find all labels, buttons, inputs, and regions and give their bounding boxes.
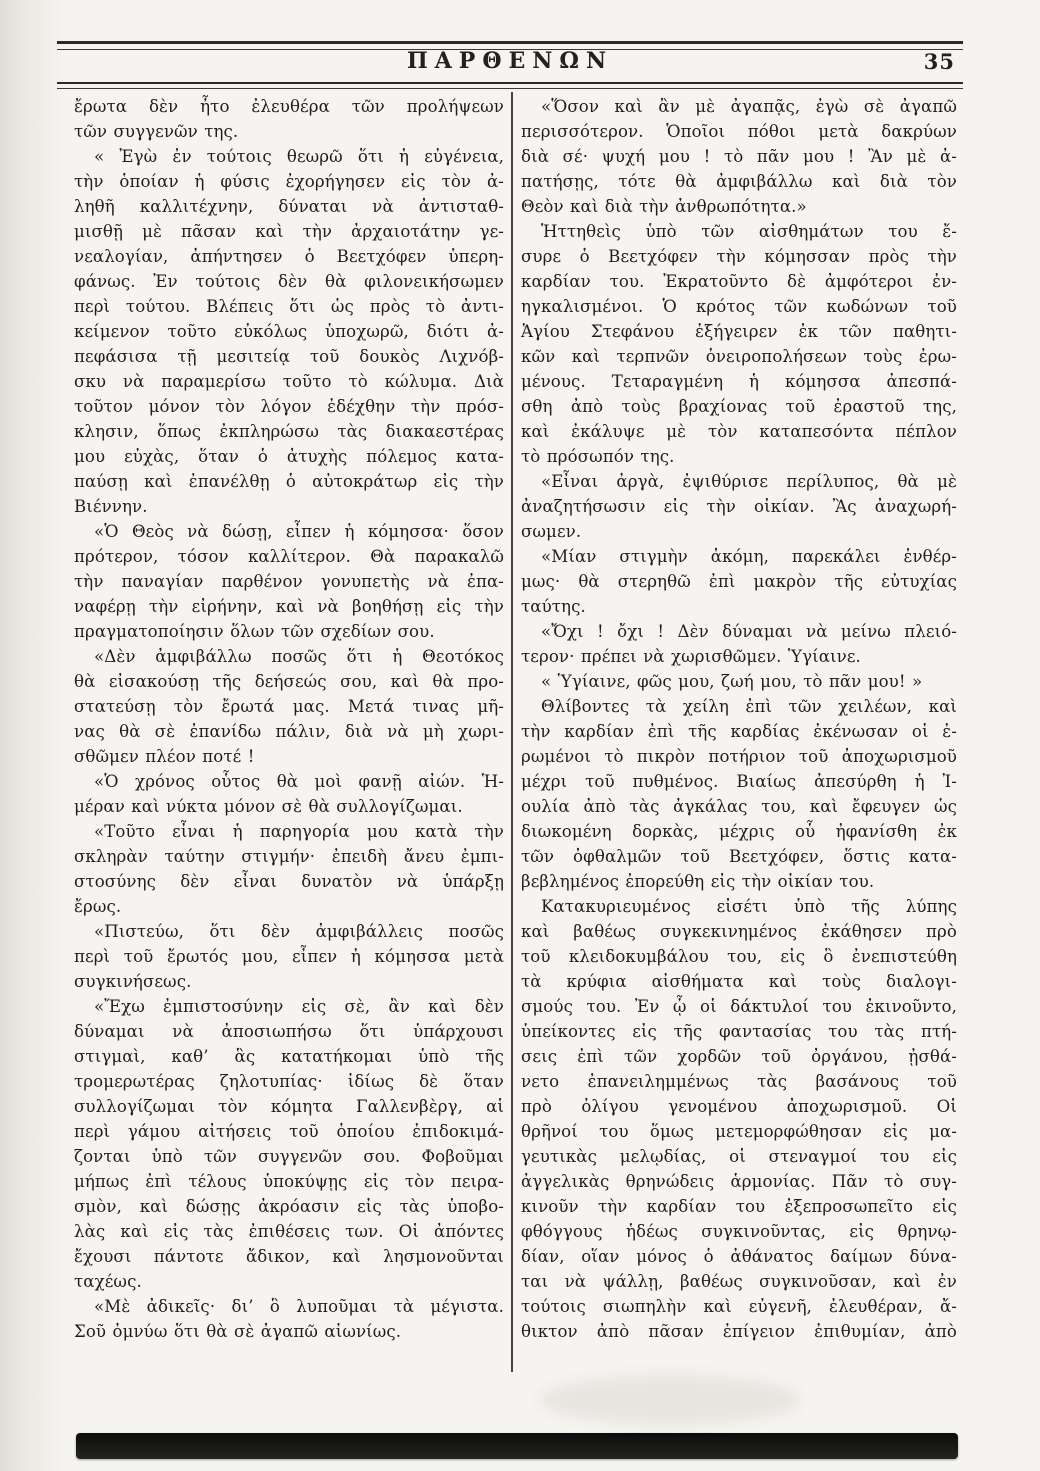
text-line: σεις ἐπὶ τῶν χορδῶν τοῦ ὀργάνου, ᾐσθά-	[521, 1044, 957, 1069]
text-line: θὰ εἰσακούσῃ τῆς δεήσεώς σου, καὶ θὰ προ…	[74, 669, 504, 694]
text-line: περὶ γάμου αἰτήσεις τοῦ ὁποίου ἐπιδοκιμά…	[74, 1119, 504, 1144]
text-line: μέχρι τοῦ πυθμένος. Βιαίως ἀπεσύρθη ἡ Ἰ-	[521, 769, 957, 794]
text-line: ἔρωτα δὲν ἦτο ἐλευθέρα τῶν προλήψεων	[74, 94, 504, 119]
text-line: φάνως. Ἐν τούτοις δὲν θὰ φιλονεικήσωμεν	[74, 269, 504, 294]
text-line: ἔχουσι πάντοτε ἄδικον, καὶ λησμονοῦνται	[74, 1244, 504, 1269]
text-line: βεβλημένος ἐπορεύθη εἰς τὴν οἰκίαν του.	[521, 869, 957, 894]
text-line: σκυ νὰ παραμερίσω τοῦτο τὸ κώλυμα. Διὰ	[74, 369, 504, 394]
text-line: «Μὲ ἀδικεῖς· δι’ ὃ λυποῦμαι τὰ μέγιστα.	[74, 1294, 504, 1319]
text-line: καὶ βαθέως συγκεκινημένος ἐκάθησεν πρὸ	[521, 919, 957, 944]
text-line: κείμενον τοῦτο εὐκόλως ὑποχωρῶ, διότι ἀ-	[74, 319, 504, 344]
text-line: διὰ σέ· ψυχή μου ! τὸ πᾶν μου ! Ἂν μὲ ἀ-	[521, 144, 957, 169]
text-line: γευτικὰς μελῳδίας, οἱ στεναγμοί του εἰς	[521, 1144, 957, 1169]
text-line: πρὸ ὀλίγου γενομένου ἀποχωρισμοῦ. Οἱ	[521, 1094, 957, 1119]
text-line: συγκινήσεως.	[74, 969, 504, 994]
text-line: μήπως ἐπὶ τέλους ὑποκύψῃς εἰς τὸν πειρα-	[74, 1169, 504, 1194]
text-line: μου εὐχὰς, ὅταν ὁ ἀτυχὴς πόλεμος κατα-	[74, 444, 504, 469]
text-line: στατεύσῃ τὸν ἔρωτά μας. Μετά τινας μῆ-	[74, 694, 504, 719]
text-line: περὶ τούτου. Βλέπεις ὅτι ὡς πρὸς τὸ ἀντι…	[74, 294, 504, 319]
text-line: ὑπείκοντες εἰς τῆς φαντασίας του τὰς πτή…	[521, 1019, 957, 1044]
text-line: σωμεν.	[521, 519, 957, 544]
text-line: συλλογίζωμαι τὸν κόμητα Γαλλενβὲργ, αἱ	[74, 1094, 504, 1119]
text-line: «Πιστεύω, ὅτι δὲν ἀμφιβάλλεις ποσῶς	[74, 919, 504, 944]
text-line: δίαν, οἵαν μόνος ὁ ἀθάνατος δαίμων δύνα-	[521, 1244, 957, 1269]
text-line: φθόγγους ἡδέως συγκινοῦντας, εἰς θρηνῳ-	[521, 1219, 957, 1244]
text-line: νας θὰ σὲ ἐπανίδω πάλιν, διὰ νὰ μὴ χωρι-	[74, 719, 504, 744]
text-line: συρε ὁ Βεετχόφεν τὴν κόμησσαν πρὸς τὴν	[521, 244, 957, 269]
text-line: τὰ κρύφια αἰσθήματα καὶ τοὺς διαλογι-	[521, 969, 957, 994]
text-line: στοσύνης δὲν εἶναι δυνατὸν νὰ ὑπάρξῃ	[74, 869, 504, 894]
text-line: διωκομένη δορκὰς, μέχρις οὗ ἠφανίσθη ἐκ	[521, 819, 957, 844]
text-line: ἀγγελικὰς θρηνώδεις ἁρμονίας. Πᾶν τὸ συγ…	[521, 1169, 957, 1194]
text-line: σμούς του. Ἐν ᾧ οἱ δάκτυλοί του ἐκινοῦντ…	[521, 994, 957, 1019]
page-number: 35	[924, 49, 955, 74]
text-line: ζονται ὑπὸ τῶν συγγενῶν σου. Φοβοῦμαι	[74, 1144, 504, 1169]
text-line: ουλία ἀπὸ τὰς ἀγκάλας του, καὶ ἔφευγεν ὡ…	[521, 794, 957, 819]
text-line: ταχέως.	[74, 1269, 504, 1294]
text-line: μισθῇ μὲ πᾶσαν καὶ τὴν ἀρχαιοτάτην γε-	[74, 219, 504, 244]
text-line: σκληρὰν ταύτην στιγμήν· ἐπειδὴ ἄνευ ἐμπι…	[74, 844, 504, 869]
scan-artifact-bar	[76, 1433, 958, 1459]
text-line: Κατακυριευμένος εἰσέτι ὑπὸ τῆς λύπης	[521, 894, 957, 919]
text-line: ἔρως.	[74, 894, 504, 919]
text-line: τὴν ὁποίαν ἡ φύσις ἐχορήγησεν εἰς τὸν ἀ-	[74, 169, 504, 194]
page-title: ΠΑΡΘΕΝΩΝ	[57, 48, 963, 74]
text-line: Ἡττηθεὶς ὑπὸ τῶν αἰσθημάτων του ἔ-	[521, 219, 957, 244]
text-line: σθῶμεν πλέον ποτέ !	[74, 744, 504, 769]
text-line: « Ὑγίαινε, φῶς μου, ζωή μου, τὸ πᾶν μου!…	[521, 669, 957, 694]
text-line: καὶ ἐκάλυψε μὲ τὸν καταπεσόντα πέπλον	[521, 419, 957, 444]
text-line: στιγμαὶ, καθ’ ἃς κατατήκομαι ὑπὸ τῆς	[74, 1044, 504, 1069]
text-line: περισσότερον. Ὁποῖοι πόθοι μετὰ δακρύων	[521, 119, 957, 144]
text-line: τερον· πρέπει νὰ χωρισθῶμεν. Ὑγίαινε.	[521, 644, 957, 669]
text-line: τούτοις σιωπηλὴν καὶ εὐγενῆ, ἐλευθέραν, …	[521, 1294, 957, 1319]
text-line: πραγματοποίησιν ὅλων τῶν σχεδίων σου.	[74, 619, 504, 644]
text-line: «Μίαν στιγμὴν ἀκόμη, παρεκάλει ἐνθέρ-	[521, 544, 957, 569]
text-line: «Τοῦτο εἶναι ἡ παρηγορία μου κατὰ τὴν	[74, 819, 504, 844]
text-line: θρῆνοί του ὅμως μετεμορφώθησαν εἰς μα-	[521, 1119, 957, 1144]
text-line: πεφάσισα τῇ μεσιτείᾳ τοῦ δουκὸς Λιχνόβ-	[74, 344, 504, 369]
text-line: τὴν παναγίαν παρθένον γονυπετὴς νὰ ἐπα-	[74, 569, 504, 594]
text-line: θικτον ἀπὸ πᾶσαν ἐπίγειον ἐπιθυμίαν, ἀπὸ	[521, 1319, 957, 1344]
text-line: μως· θὰ στερηθῶ ἐπὶ μακρὸν τῆς εὐτυχίας	[521, 569, 957, 594]
text-line: νετο ἐπανειλημμένως τὰς βασάνους τοῦ	[521, 1069, 957, 1094]
text-line: Θεὸν καὶ διὰ τὴν ἀνθρωπότητα.»	[521, 194, 957, 219]
text-line: τοῦ κλειδοκυμβάλου του, εἰς ὃ ἐνεπιστεύθ…	[521, 944, 957, 969]
text-line: «Ὅσον καὶ ἂν μὲ ἀγαπᾷς, ἐγὼ σὲ ἀγαπῶ	[521, 94, 957, 119]
text-line: κῶν καὶ τερπνῶν ὀνειροπολήσεων τοὺς ἐρω-	[521, 344, 957, 369]
text-line: τῶν συγγενῶν της.	[74, 119, 504, 144]
text-line: « Ἐγὼ ἐν τούτοις θεωρῶ ὅτι ἡ εὐγένεια,	[74, 144, 504, 169]
scanned-page: ΠΑΡΘΕΝΩΝ 35 ἔρωτα δὲν ἦτο ἐλευθέρα τῶν π…	[0, 0, 1040, 1471]
text-line: δύναμαι νὰ ἀποσιωπήσω ὅτι ὑπάρχουσι	[74, 1019, 504, 1044]
left-column: ἔρωτα δὲν ἦτο ἐλευθέρα τῶν προλήψεωντῶν …	[74, 94, 504, 1344]
text-line: Σοῦ ὀμνύω ὅτι θὰ σὲ ἀγαπῶ αἰωνίως.	[74, 1319, 504, 1344]
text-line: ταύτης.	[521, 594, 957, 619]
text-line: τρομερωτέρας ζηλοτυπίας· ἰδίως δὲ ὅταν	[74, 1069, 504, 1094]
binding-shadow	[0, 0, 68, 1471]
right-column: «Ὅσον καὶ ἂν μὲ ἀγαπᾷς, ἐγὼ σὲ ἀγαπῶπερι…	[521, 94, 957, 1344]
text-line: κινοῦν τὴν καρδίαν του ἐξεπροσωπεῖτο εἰς	[521, 1194, 957, 1219]
text-line: Βιέννην.	[74, 494, 504, 519]
text-line: «Δὲν ἀμφιβάλλω ποσῶς ὅτι ἡ Θεοτόκος	[74, 644, 504, 669]
text-line: ἀναζητήσωσιν εἰς τὴν οἰκίαν. Ἂς ἀναχωρή-	[521, 494, 957, 519]
text-line: πρότερον, τόσον καλλίτερον. Θὰ παρακαλῶ	[74, 544, 504, 569]
text-line: τὸ πρόσωπόν της.	[521, 444, 957, 469]
column-divider	[511, 92, 513, 1372]
text-line: μέραν καὶ νύκτα μόνον σὲ θὰ συλλογίζωμαι…	[74, 794, 504, 819]
text-line: ηγκαλισμένοι. Ὁ κρότος τῶν κωδώνων τοῦ	[521, 294, 957, 319]
text-line: σμὸν, καὶ δώσῃς ἀκρόασιν εἰς τὰς ὑποβο-	[74, 1194, 504, 1219]
text-line: παύσῃ καὶ ἐπανέλθῃ ὁ αὐτοκράτωρ εἰς τὴν	[74, 469, 504, 494]
text-line: «Ὄχι ! ὄχι ! Δὲν δύναμαι νὰ μείνω πλειό-	[521, 619, 957, 644]
text-line: τῶν ὀφθαλμῶν τοῦ Βεετχόφεν, ὅστις κατα-	[521, 844, 957, 869]
text-line: «Ὁ χρόνος οὗτος θὰ μοὶ φανῇ αἰών. Ἡ-	[74, 769, 504, 794]
text-line: «Ὁ Θεὸς νὰ δώσῃ, εἶπεν ἡ κόμησσα· ὅσον	[74, 519, 504, 544]
text-line: περὶ τοῦ ἔρωτός μου, εἶπεν ἡ κόμησσα μετ…	[74, 944, 504, 969]
text-line: «Ἔχω ἐμπιστοσύνην εἰς σὲ, ἂν καὶ δὲν	[74, 994, 504, 1019]
text-line: νεαλογίαν, ἀπήντησεν ὁ Βεετχόφεν ὑπερη-	[74, 244, 504, 269]
text-line: καρδίαν του. Ἐκρατοῦντο δὲ ἀμφότεροι ἐν-	[521, 269, 957, 294]
text-line: πατήσῃς, τότε θὰ ἀμφιβάλλω καὶ διὰ τὸν	[521, 169, 957, 194]
text-line: ληθῆ καλλιτέχνην, δύναται νὰ ἀντισταθ-	[74, 194, 504, 219]
text-line: κλησιν, ὅπως ἐκπληρώσω τὰς διακαεστέρας	[74, 419, 504, 444]
text-line: ναφέρῃ τὴν εἰρήνην, καὶ νὰ βοηθήσῃ εἰς τ…	[74, 594, 504, 619]
text-line: ται νὰ ψάλλῃ, βαθέως συγκινοῦσαν, καὶ ἐν	[521, 1269, 957, 1294]
text-line: «Εἶναι ἀργὰ, ἐψιθύρισε περίλυπος, θὰ μὲ	[521, 469, 957, 494]
show-through-smudge	[540, 1375, 800, 1425]
text-line: Ἁγίου Στεφάνου ἐξήγειρεν ἐκ τῶν παθητι-	[521, 319, 957, 344]
text-line: μένους. Τεταραγμένη ἡ κόμησσα ἀπεσπά-	[521, 369, 957, 394]
text-line: λὰς καὶ εἰς τὰς ἐπιθέσεις των. Οἱ ἀπόντε…	[74, 1219, 504, 1244]
page-header: ΠΑΡΘΕΝΩΝ 35	[57, 48, 963, 80]
text-line: τὴν καρδίαν ἐπὶ τῆς καρδίας ἐκένωσαν οἱ …	[521, 719, 957, 744]
text-line: τοῦτον μόνον τὸν λόγον ἐδέχθην τὴν πρόσ-	[74, 394, 504, 419]
text-line: Θλίβοντες τὰ χείλη ἐπὶ τῶν χειλέων, καὶ	[521, 694, 957, 719]
header-double-rule	[57, 82, 963, 89]
text-line: ρωμένοι τὸ πικρὸν ποτήριον τοῦ ἀποχωρισμ…	[521, 744, 957, 769]
text-line: σθη ἀπὸ τοὺς βραχίονας τοῦ ἐραστοῦ της,	[521, 394, 957, 419]
